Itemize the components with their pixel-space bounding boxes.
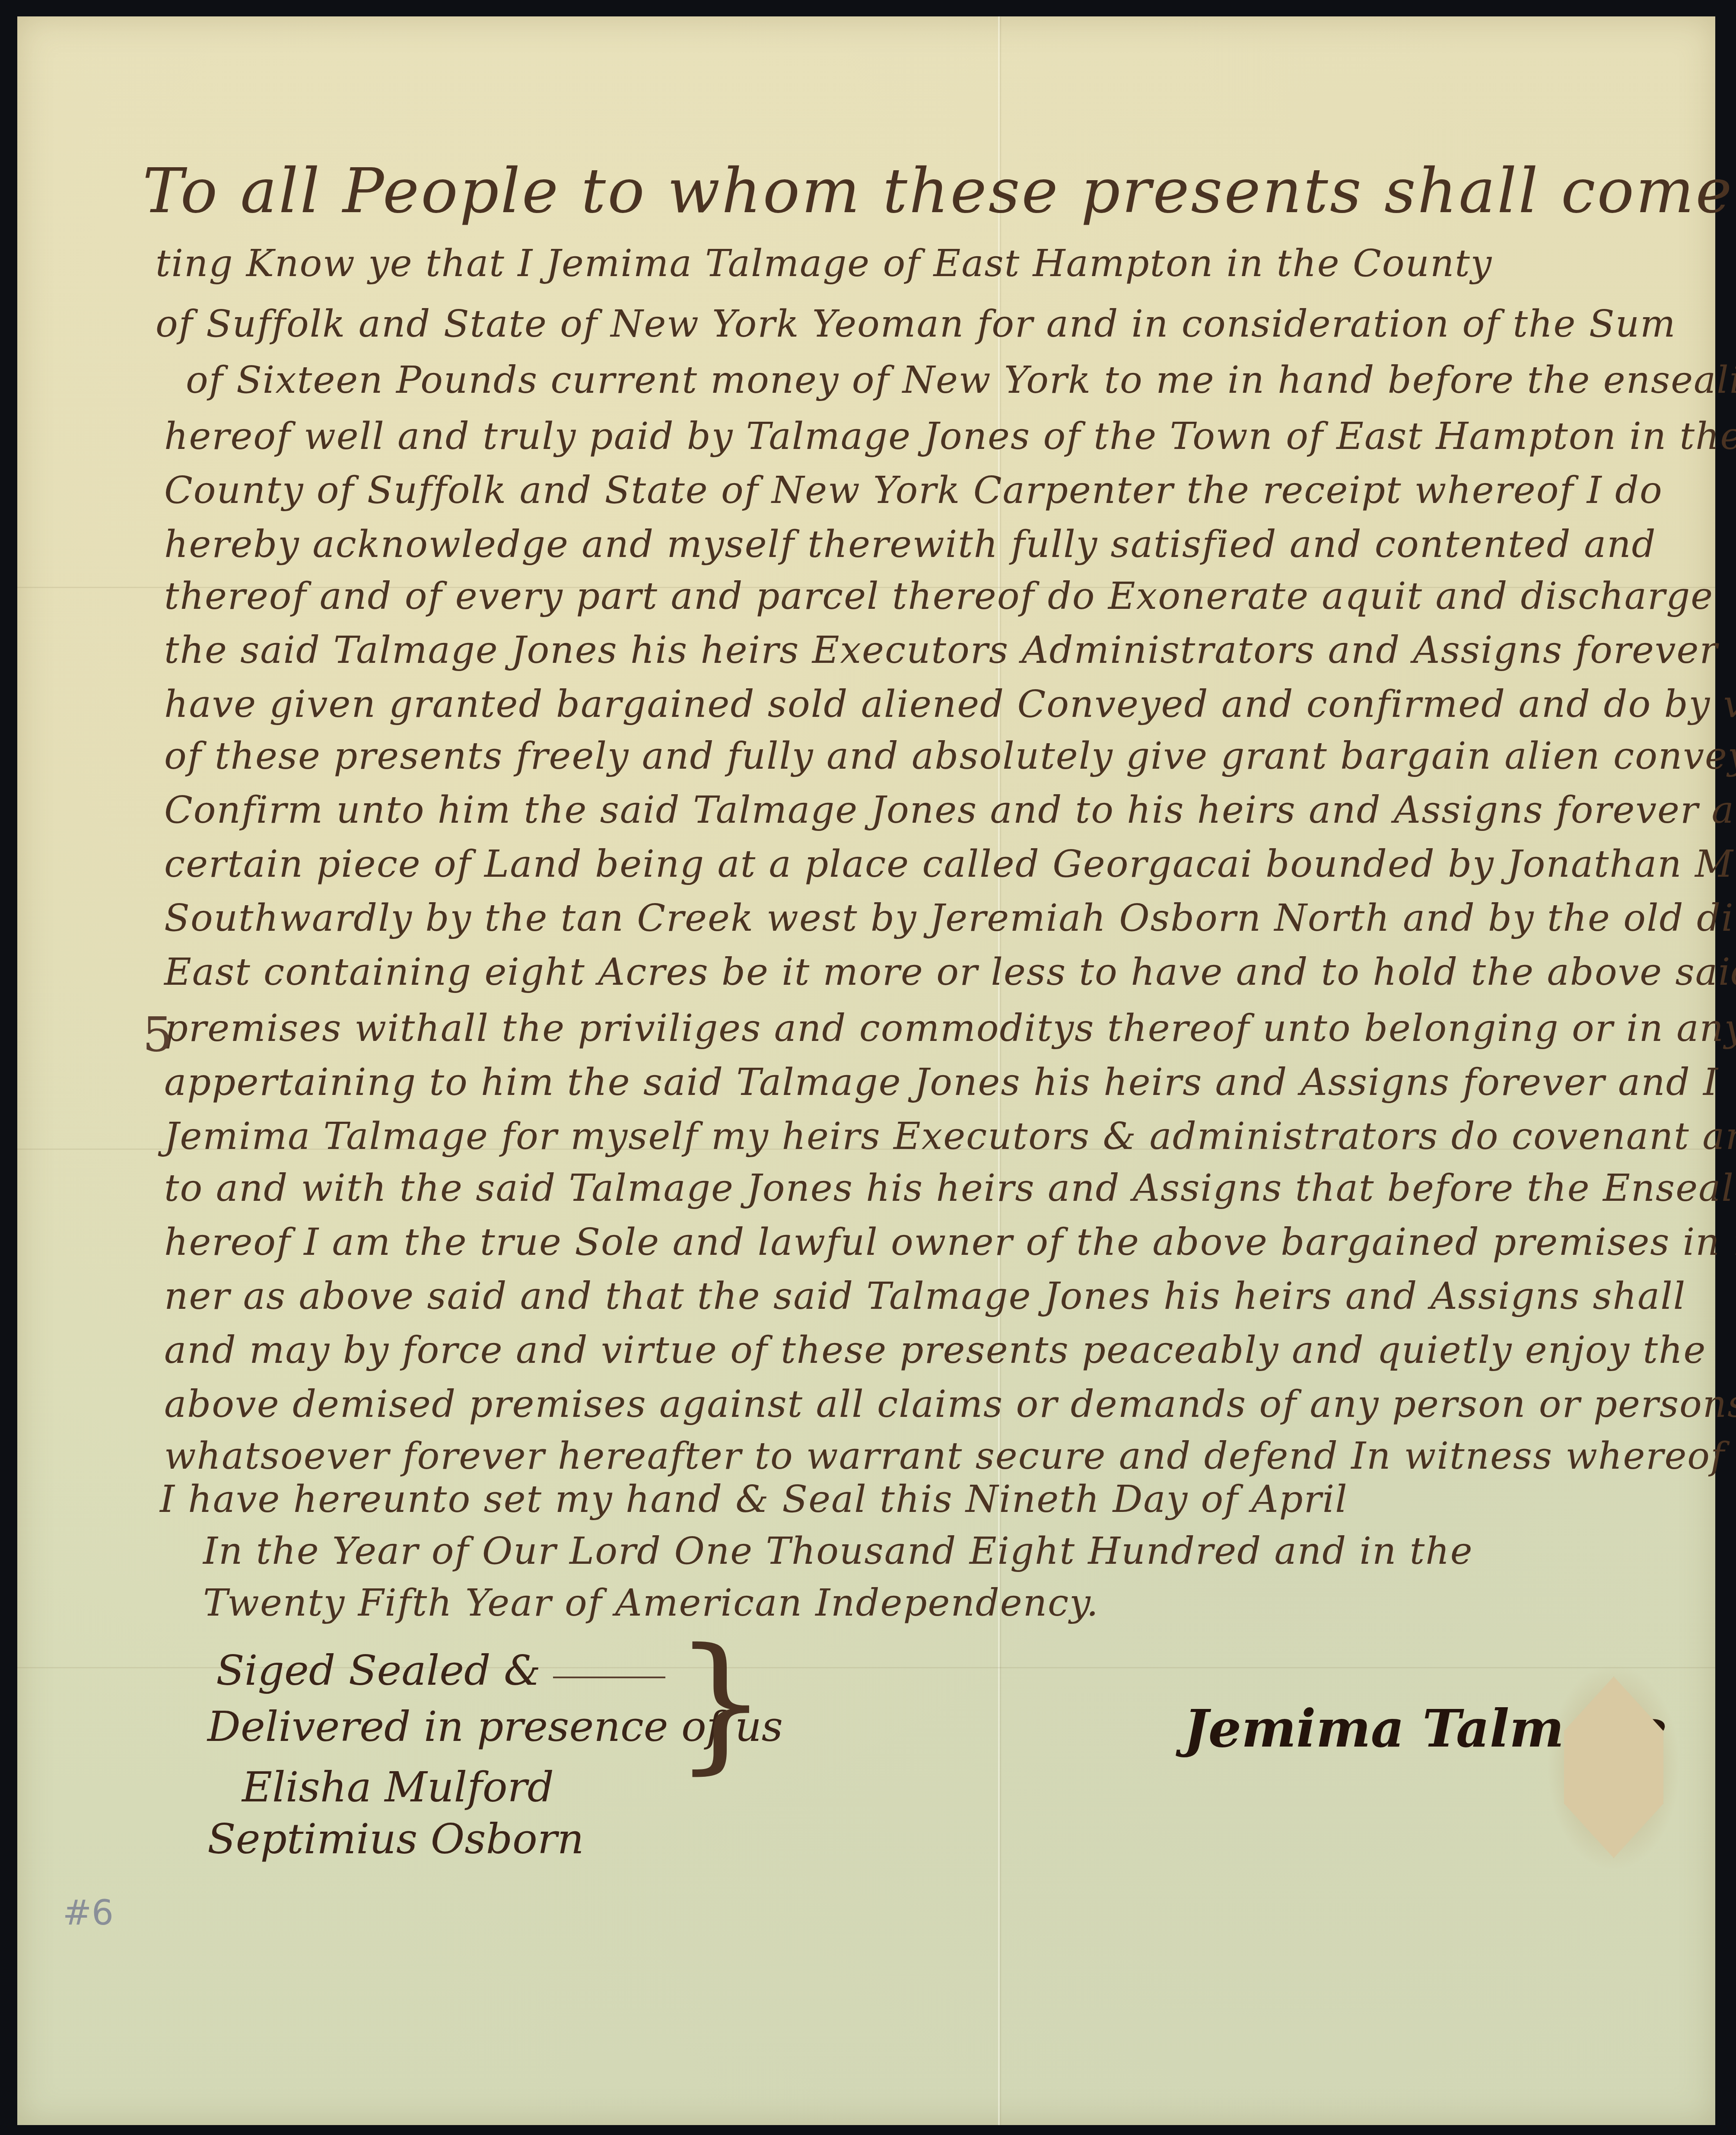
attestation-signed-sealed: Siged Sealed &	[216, 1646, 541, 1695]
margin-mark: 5	[143, 1007, 173, 1062]
attestation-brace: }	[674, 1629, 767, 1776]
deed-body-line: Confirm unto him the said Talmage Jones …	[164, 789, 1735, 832]
deed-body-line: the said Talmage Jones his heirs Executo…	[164, 629, 1718, 672]
deed-body-line: whatsoever forever hereafter to warrant …	[164, 1435, 1725, 1478]
deed-body-line: thereof and of every part and parcel the…	[164, 575, 1714, 618]
deed-body-line: of Suffolk and State of New York Yeoman …	[156, 302, 1676, 346]
deed-body-line: hereby acknowledge and myself therewith …	[164, 523, 1657, 566]
deed-body-line: County of Suffolk and State of New York …	[164, 469, 1663, 512]
deed-body-line: In the Year of Our Lord One Thousand Eig…	[203, 1530, 1473, 1573]
deed-body-line: ting Know ye that I Jemima Talmage of Ea…	[156, 242, 1492, 285]
deed-body-line: hereof I am the true Sole and lawful own…	[164, 1221, 1736, 1264]
deed-opening-line: To all People to whom these presents sha…	[143, 156, 1736, 227]
deed-body-line: hereof well and truly paid by Talmage Jo…	[164, 415, 1736, 458]
witness-signature: Elisha Mulford	[242, 1763, 554, 1811]
deed-body-line: of Sixteen Pounds current money of New Y…	[186, 359, 1736, 402]
deed-body-line: to and with the said Talmage Jones his h…	[164, 1167, 1736, 1210]
deed-body-line: I have hereunto set my hand & Seal this …	[160, 1478, 1348, 1521]
attestation-rule	[553, 1677, 665, 1678]
deed-body-line: certain piece of Land being at a place c…	[164, 843, 1736, 886]
deed-body-line: of these presents freely and fully and a…	[164, 735, 1736, 778]
deed-body-line: Southwardly by the tan Creek west by Jer…	[164, 897, 1736, 940]
deed-body-line: and may by force and virtue of these pre…	[164, 1329, 1706, 1372]
deed-body-line: Jemima Talmage for myself my heirs Execu…	[164, 1115, 1736, 1158]
deed-body-line: have given granted bargained sold aliene…	[164, 683, 1736, 726]
deed-body-line: East containing eight Acres be it more o…	[164, 951, 1736, 994]
deed-body-line: appertaining to him the said Talmage Jon…	[164, 1061, 1719, 1104]
deed-body-line: premises withall the priviliges and comm…	[164, 1007, 1736, 1050]
deed-body-line: above demised premises against all claim…	[164, 1383, 1736, 1426]
witness-signature: Septimius Osborn	[207, 1815, 584, 1863]
deed-body-line: Twenty Fifth Year of American Independen…	[203, 1581, 1099, 1625]
catalog-number: #6	[63, 1893, 114, 1933]
deed-body-line: ner as above said and that the said Talm…	[164, 1275, 1686, 1318]
